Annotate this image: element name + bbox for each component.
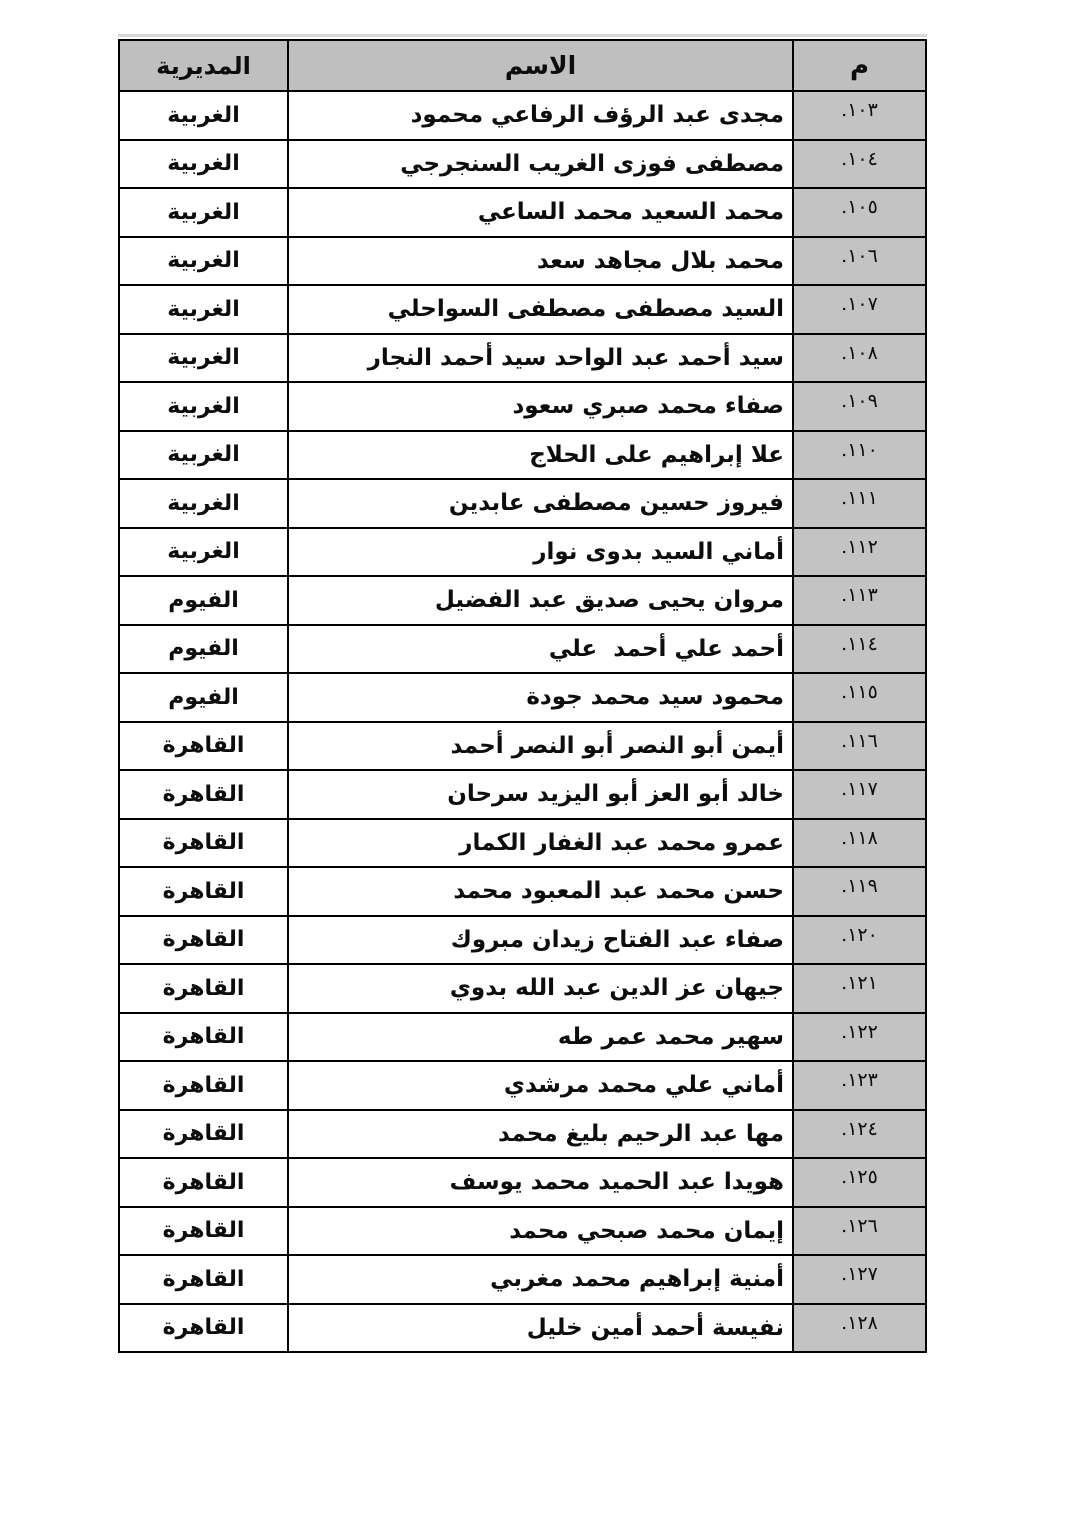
directorate: الغربية [120,92,287,139]
directorate: القاهرة [120,1014,287,1061]
row-number: ١٠٥. [792,189,925,236]
table-row: ١٠٣. مجدى عبد الرؤف الرفاعي محمود الغربي… [120,90,925,139]
row-number: ١٢٥. [792,1159,925,1206]
table-row: ١١٩. حسن محمد عبد المعبود محمد القاهرة [120,866,925,915]
person-name: سيد أحمد عبد الواحد سيد أحمد النجار [287,335,792,382]
table-row: ١١٥. محمود سيد محمد جودة الفيوم [120,672,925,721]
directorate: القاهرة [120,1111,287,1158]
row-number: ١٢٨. [792,1305,925,1352]
row-number: ١١٠. [792,432,925,479]
person-name: نفيسة أحمد أمين خليل [287,1305,792,1352]
person-name: خالد أبو العز أبو اليزيد سرحان [287,771,792,818]
person-name: مجدى عبد الرؤف الرفاعي محمود [287,92,792,139]
directorate: القاهرة [120,917,287,964]
person-name: محمد بلال مجاهد سعد [287,238,792,285]
header-directorate-column: المديرية [120,41,287,90]
row-number: ١١٦. [792,723,925,770]
directorate: القاهرة [120,723,287,770]
directorate: الغربية [120,432,287,479]
row-number: ١٠٣. [792,92,925,139]
directorate: الغربية [120,335,287,382]
directorate: الغربية [120,238,287,285]
table-row: ١٠٧. السيد مصطفى مصطفى السواحلي الغربية [120,284,925,333]
person-name: محمد السعيد محمد الساعي [287,189,792,236]
person-name: سهير محمد عمر طه [287,1014,792,1061]
person-name: أمنية إبراهيم محمد مغربي [287,1256,792,1303]
row-number: ١١٢. [792,529,925,576]
table-row: ١١٦. أيمن أبو النصر أبو النصر أحمد القاه… [120,721,925,770]
person-name: أيمن أبو النصر أبو النصر أحمد [287,723,792,770]
directorate: الفيوم [120,674,287,721]
row-number: ١٢٦. [792,1208,925,1255]
person-name: السيد مصطفى مصطفى السواحلي [287,286,792,333]
directorate: الفيوم [120,577,287,624]
directorate: القاهرة [120,820,287,867]
row-number: ١١٥. [792,674,925,721]
row-number: ١١١. [792,480,925,527]
person-name: عمرو محمد عبد الغفار الكمار [287,820,792,867]
header-number-column: م [792,41,925,90]
table-row: ١١٨. عمرو محمد عبد الغفار الكمار القاهرة [120,818,925,867]
row-number: ١١٣. [792,577,925,624]
person-name: هويدا عبد الحميد محمد يوسف [287,1159,792,1206]
directorate: الغربية [120,189,287,236]
table-row: ١٢٥. هويدا عبد الحميد محمد يوسف القاهرة [120,1157,925,1206]
row-number: ١١٩. [792,868,925,915]
row-number: ١٢١. [792,965,925,1012]
person-name: مصطفى فوزى الغريب السنجرجي [287,141,792,188]
row-number: ١٢٠. [792,917,925,964]
person-name: صفاء محمد صبري سعود [287,383,792,430]
directorate: القاهرة [120,1208,287,1255]
row-number: ١٠٩. [792,383,925,430]
person-name: مروان يحيى صديق عبد الفضيل [287,577,792,624]
table-row: ١١٠. علا إبراهيم على الحلاج الغربية [120,430,925,479]
directorate: القاهرة [120,1305,287,1352]
person-name: أماني السيد بدوى نوار [287,529,792,576]
directorate: الغربية [120,141,287,188]
table-header-row: م الاسم المديرية [120,41,925,90]
row-number: ١٠٦. [792,238,925,285]
person-name: مها عبد الرحيم بليغ محمد [287,1111,792,1158]
person-name: أماني علي محمد مرشدي [287,1062,792,1109]
table-row: ١١٣. مروان يحيى صديق عبد الفضيل الفيوم [120,575,925,624]
person-name: حسن محمد عبد المعبود محمد [287,868,792,915]
directorate: القاهرة [120,1062,287,1109]
table-row: ١١٤. أحمد علي أحمد علي الفيوم [120,624,925,673]
row-number: ١٠٨. [792,335,925,382]
table-row: ١١٢. أماني السيد بدوى نوار الغربية [120,527,925,576]
person-name: جيهان عز الدين عبد الله بدوي [287,965,792,1012]
directorate: الغربية [120,529,287,576]
table-row: ١٢٨. نفيسة أحمد أمين خليل القاهرة [120,1303,925,1352]
table-row: ١٢٢. سهير محمد عمر طه القاهرة [120,1012,925,1061]
row-number: ١٠٧. [792,286,925,333]
table-row: ١٢٣. أماني علي محمد مرشدي القاهرة [120,1060,925,1109]
table-row: ١٢١. جيهان عز الدين عبد الله بدوي القاهر… [120,963,925,1012]
table-row: ١٢٠. صفاء عبد الفتاح زيدان مبروك القاهرة [120,915,925,964]
document-page: م الاسم المديرية ١٠٣. مجدى عبد الرؤف الر… [0,0,1080,1526]
person-name: محمود سيد محمد جودة [287,674,792,721]
directorate: القاهرة [120,868,287,915]
directorate: الفيوم [120,626,287,673]
directorate: القاهرة [120,1256,287,1303]
row-number: ١٠٤. [792,141,925,188]
table-row: ١٢٧. أمنية إبراهيم محمد مغربي القاهرة [120,1254,925,1303]
directorate: الغربية [120,383,287,430]
table-row: ١١١. فيروز حسين مصطفى عابدين الغربية [120,478,925,527]
person-name: فيروز حسين مصطفى عابدين [287,480,792,527]
directorate: القاهرة [120,1159,287,1206]
directorate: الغربية [120,286,287,333]
table-row: ١٠٤. مصطفى فوزى الغريب السنجرجي الغربية [120,139,925,188]
header-name-column: الاسم [287,41,792,90]
row-number: ١٢٣. [792,1062,925,1109]
row-number: ١٢٢. [792,1014,925,1061]
person-name: صفاء عبد الفتاح زيدان مبروك [287,917,792,964]
table-row: ١١٧. خالد أبو العز أبو اليزيد سرحان القا… [120,769,925,818]
directorate: القاهرة [120,965,287,1012]
table-row: ١٢٦. إيمان محمد صبحي محمد القاهرة [120,1206,925,1255]
row-number: ١٢٤. [792,1111,925,1158]
person-name: إيمان محمد صبحي محمد [287,1208,792,1255]
row-number: ١٢٧. [792,1256,925,1303]
row-number: ١١٨. [792,820,925,867]
directorate: القاهرة [120,771,287,818]
table-row: ١٠٩. صفاء محمد صبري سعود الغربية [120,381,925,430]
row-number: ١١٤. [792,626,925,673]
table-row: ١٠٦. محمد بلال مجاهد سعد الغربية [120,236,925,285]
table-row: ١٠٨. سيد أحمد عبد الواحد سيد أحمد النجار… [120,333,925,382]
table-row: ١٢٤. مها عبد الرحيم بليغ محمد القاهرة [120,1109,925,1158]
person-name: أحمد علي أحمد علي [287,626,792,673]
row-number: ١١٧. [792,771,925,818]
directorate: الغربية [120,480,287,527]
table-row: ١٠٥. محمد السعيد محمد الساعي الغربية [120,187,925,236]
person-name: علا إبراهيم على الحلاج [287,432,792,479]
roster-table: م الاسم المديرية ١٠٣. مجدى عبد الرؤف الر… [118,39,927,1353]
